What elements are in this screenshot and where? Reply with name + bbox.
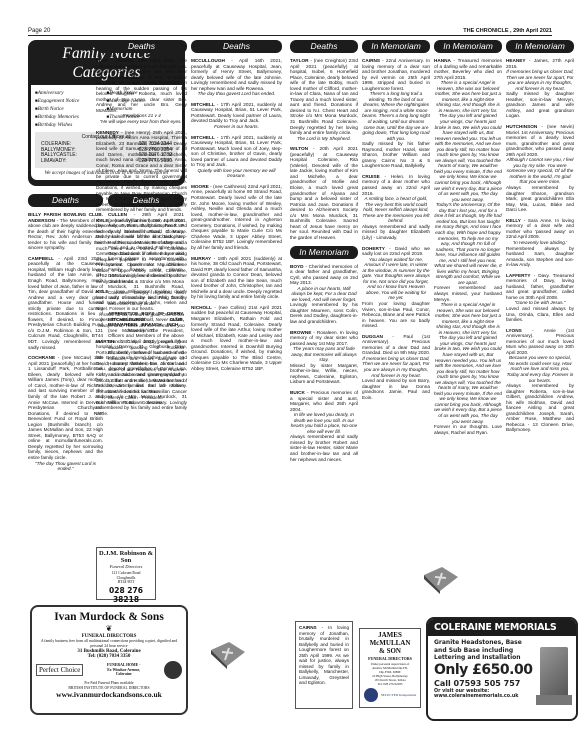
robinson-funeral-ad[interactable]: D.J.M. Robinson & Son Funeral Directors … — [96, 547, 156, 600]
memoriam-column-6: In MemoriamCAIRNS - 22nd Anniversary. In… — [362, 40, 430, 620]
notice-text: - 22nd Anniversary. In loving memory of … — [362, 58, 430, 91]
notice-verse: Forever in our hearts. — [191, 124, 282, 130]
notice-text: - (nee Caithness) 22nd April 2021, Anne,… — [191, 184, 282, 250]
notice-verse: The Lord is My Shepherd. — [290, 136, 358, 142]
coleraine-memorials-ad[interactable]: COLERAINE MEMORIALS Granite Headstones, … — [426, 617, 578, 721]
section-banner: Deaths — [28, 194, 103, 207]
deaths-column-1: DeathsBILLY PARISH BOWLING CLUB. ANDERSO… — [28, 194, 103, 604]
ad-name: Ivan Murdock & Sons — [34, 611, 184, 623]
notice-signoff: Always remembered by daughter Sharon, gr… — [506, 185, 574, 213]
notice: HANNA - Treasured memories of a darling … — [434, 58, 502, 435]
ad-name: JAMES McMULLAN — [362, 631, 418, 647]
notice-signoff: Lovingly remembered by his daughter Maur… — [290, 302, 358, 324]
notice: MITCHELL - 17th April 2021, suddenly at … — [191, 135, 282, 179]
page-number: Page 20 — [28, 28, 50, 34]
notice-name: NICHOLL — [191, 305, 212, 310]
notice-text: - 18th April 2021 (suddenly) at his home… — [191, 256, 282, 300]
notice: KENNEDY - (nee Henry) 25th April 2021, p… — [96, 130, 187, 213]
mcmullan-funeral-ad[interactable]: JAMES McMULLAN & SON FUNERAL DIRECTORS U… — [359, 628, 421, 708]
notice-name: HUTCHINSON — [506, 124, 537, 129]
notice: BILLY PARISH BOWLING CLUB. ANDERSON - Th… — [28, 212, 103, 251]
ad-line: Granite Headstones, Base — [434, 639, 570, 647]
section-banner: Deaths — [290, 40, 358, 53]
notice-name: WILTON — [290, 146, 308, 151]
crest-icon — [364, 688, 378, 702]
section-banner: In Memoriam — [506, 40, 574, 53]
notice-name: KYLE — [96, 218, 109, 223]
section-banner: In Memoriam — [290, 246, 358, 259]
notice: MOORE - (nee Caithness) 22nd April 2021,… — [191, 184, 282, 251]
section-banner: Deaths — [191, 40, 282, 53]
ad-sub: Funeral Directors — [99, 564, 153, 569]
notice-signoff: Missed by sister Margaret, brother-in-la… — [290, 363, 358, 385]
page-header: Page 20 THE CHRONICLE , 29th April 2021 — [28, 27, 552, 36]
section-banner: In Memoriam — [434, 40, 502, 53]
notice-name: LAFFERTY — [506, 273, 530, 278]
notice: BOYD - Cherished memories of a dear fath… — [290, 264, 358, 325]
notice: INCH - Roberta, 18th April 2021. The Off… — [96, 58, 187, 125]
crest-icon — [164, 661, 182, 679]
ad-title: COLERAINE MEMORIALS — [428, 619, 576, 636]
notice-name: DOHERTY — [362, 246, 385, 251]
selected-badge: SELECTED Independent — [381, 693, 417, 697]
ad-name: D.J.M. Robinson & Son — [99, 550, 153, 564]
notice-verse: The day thou gavest Lord has ended. — [191, 91, 282, 97]
notice-verse: In life we loved you dearly, In death we… — [290, 412, 358, 434]
notice-signoff: Always remembered and sadly missed by br… — [290, 434, 358, 462]
notice-text: - (nee Creighton) 23rd April 2021 (peace… — [290, 58, 358, 135]
notice-verse: 'In Heavenly love abiding.' — [506, 240, 574, 246]
notice-name: INCH — [96, 58, 107, 63]
notice: NICHOLL - (nee Collins) 21st April 2021 … — [191, 305, 282, 372]
notice-verse: A place in our hearts, Will always be ke… — [290, 286, 358, 303]
ad-addr: BT44 9DT — [99, 580, 153, 585]
ad-phone: 028 276 38218 — [99, 586, 153, 604]
perfect-choice-badge: Perfect Choice — [36, 664, 83, 676]
notice-signoff: Always remembered by daughter Roberta, s… — [506, 383, 574, 433]
section-banner: Deaths — [96, 40, 187, 53]
notice-name: KENNEDY — [96, 130, 119, 135]
notice-text: - (nee Williamson) 19th April 2021, peac… — [96, 218, 187, 284]
notice-verse: If memories bring us closer Dad, Then we… — [506, 69, 574, 91]
cairns-memoriam-box: CAIRNS - In loving memory of Jonathan, b… — [295, 621, 353, 709]
paper-title: THE CHRONICLE , 29th April 2021 — [463, 28, 552, 34]
notice: KELLY - Sara Anne. In loving memory of a… — [506, 218, 574, 268]
notice-verse: If memories bring us closer Dad, Then we… — [362, 356, 430, 378]
notice-signoff: Sadly missed by his father Raymond, moth… — [362, 141, 430, 169]
notice-signoff: Loved and missed by son Barry, daughter … — [362, 378, 430, 400]
notice-name: CAMPBELL — [28, 256, 54, 261]
bible-icon — [420, 565, 460, 595]
ornament-icon: ❦ — [34, 624, 184, 633]
notice-name: COCHRANE — [28, 355, 55, 360]
notice-text: - Roberta, 18th April 2021. The Officers… — [96, 58, 187, 113]
ad-web[interactable]: www.ivanmurdockandsons.co.uk — [34, 690, 184, 699]
notice-name: MITCHELL — [191, 135, 215, 140]
notice: LAFFERTY - Davy. Treasured memories of D… — [506, 273, 574, 323]
notice-text: - April 16th 2021, peacefully at Causewa… — [191, 58, 282, 91]
notice-name: KYLE — [96, 289, 109, 294]
notice-verse: There is a special Angel in Heaven, She … — [434, 302, 502, 424]
notice: CAIRNS - 22nd Anniversary. In loving mem… — [362, 58, 430, 169]
notice-signoff: Forever in our thoughts. Love always, Ra… — [434, 424, 502, 435]
memoriam-column-8: In MemoriamHEANEY - James, 27th April 20… — [506, 40, 574, 610]
notice-verse: Quietly with love your memory we will tr… — [191, 168, 282, 179]
notice-verse: There is a special Angel in Heaven, She … — [434, 80, 502, 202]
notice-verse: "He will wipe every tear from their eyes… — [96, 119, 187, 125]
deaths-column-5: DeathsTAYLOR - (nee Creighton) 23rd Apri… — [290, 40, 358, 615]
notice-text: - (nee Henry) 25th April 2021, peacefull… — [96, 130, 187, 213]
notice-verse: Although I cannot see you, I feel you by… — [506, 157, 574, 185]
section-banner: In Memoriam — [362, 40, 430, 53]
notice-signoff: Forever remembered and always missed, yo… — [434, 285, 502, 302]
notice-verse: The years may pass and fade away, But me… — [290, 346, 358, 363]
notice: BROWNE - Rosaleen. In loving memory of m… — [290, 330, 358, 385]
notice-name: BROWNE — [290, 330, 311, 335]
notice-verse: Today's the anniversary, Of the day that… — [434, 202, 502, 285]
notice-name: CAIRNS — [362, 58, 380, 63]
ad-name: & SON — [362, 647, 418, 655]
notice: COCHRANE - (nee McCaw) 19th April 2021 (… — [28, 355, 103, 471]
notice-name: HEANEY — [506, 58, 526, 63]
notice: MITCHELL - 17th April 2021, suddenly at … — [191, 102, 282, 130]
notice-text: - (nee Williamson) Evaline, dearly loved… — [96, 289, 187, 311]
memoriam-column-7: In MemoriamHANNA - Treasured memories of… — [434, 40, 502, 560]
notice: KYLE - (nee Williamson) Evaline, dearly … — [96, 289, 187, 333]
notice: KYLE - (nee Williamson) 19th April 2021,… — [96, 218, 187, 285]
office-name: LIMAVADY: — [41, 159, 67, 165]
ad-tel: Tel: (028) 7034 3350 — [34, 654, 184, 659]
notice-text: - (nee Collins) 21st April 2021 sudden b… — [191, 305, 282, 371]
notice-name: TAYLOR — [290, 58, 309, 63]
deaths-column-4: DeathsMCCULLOUGH - April 16th 2021, peac… — [191, 40, 282, 530]
notice-signoff: Always remembered and sadly missed by da… — [362, 224, 430, 241]
notice-text: - 17th April 2021, suddenly at Causeway … — [191, 135, 282, 168]
headstone-base-icon — [536, 695, 572, 705]
notice-name: MITCHELL — [191, 102, 215, 107]
notice-signoff: Sadly missed by daughter Heather, son-in… — [506, 91, 574, 119]
notice-verse: "The day Thou gavest Lord is ended." — [28, 461, 103, 472]
ad-home: Coleraine — [107, 672, 140, 677]
notice: WILTON - 20th April 2021 (peacefully) at… — [290, 146, 358, 240]
notice-name: MCCULLOUGH — [191, 58, 225, 63]
notice-text: - The Members of the above club are deep… — [28, 218, 103, 251]
notice-verse: You always waited for me, Anxious if I w… — [362, 257, 430, 301]
notice-text: - 20th April 2021 (peacefully) at Causew… — [290, 146, 358, 240]
notice-name: CRUISE — [362, 174, 380, 179]
notice-name: BUICK — [290, 390, 305, 395]
notice-verse: A smiling face, a heart of gold, The ver… — [362, 196, 430, 224]
notice: MURRAY - 18th April 2021 (suddenly) at h… — [191, 256, 282, 300]
notice: BUICK - Precious memories of a special s… — [290, 390, 358, 462]
notice-verse: Because you were so special, No words co… — [506, 355, 574, 383]
notice-signoff: Loved and missed always by Una, Orinda, … — [506, 306, 574, 323]
notice-name: DUGGAN — [362, 334, 383, 339]
bible-icon — [207, 640, 247, 670]
notice-name: MURRAY — [191, 256, 211, 261]
notice-text: - 15th April 2021 (peacefully) at hospit… — [96, 339, 187, 416]
notice-text: - April 23rd 2021, peacefully at the Cau… — [28, 256, 103, 350]
notice-verse: There's a long long trail a winding, To … — [362, 91, 430, 141]
murdock-funeral-ad[interactable]: Ivan Murdock & Sons ❦ FUNERAL DIRECTORS … — [30, 605, 188, 715]
notice: CRUISE - Helen. In loving memory of a de… — [362, 174, 430, 241]
notice-signoff: Remembered always by husband Sam, daught… — [506, 246, 574, 268]
headstone-icon — [540, 647, 568, 697]
notice: DUGGAN - Paul (1st Anniversary). Preciou… — [362, 334, 430, 401]
ad-line: Tel: 028 276 62285 — [362, 682, 418, 686]
notice-verse: A smile for all, a heart of gold, One of… — [96, 312, 187, 334]
notice-signoff: From your loving daughter Vivien, son-in… — [362, 301, 430, 329]
notice: CAMPBELL - April 23rd 2021, peacefully a… — [28, 256, 103, 350]
notice-name: KELLY — [506, 218, 521, 223]
notice: DOHERTY - David who we sadly lost on 22n… — [362, 246, 430, 329]
notice-text: - In loving memory of Jonathan, brutally… — [299, 625, 349, 685]
notice-text: - (nee Nevin) Muriel. 1st Anniversary. P… — [506, 124, 574, 157]
notice-name: MARTIN — [96, 339, 114, 344]
notice-name: LYONS — [506, 328, 522, 333]
notice-name: CAIRNS — [299, 625, 317, 630]
notice-name: HANNA — [434, 58, 451, 63]
notice-name: MOORE — [191, 184, 209, 189]
ad-sub: FUNERAL DIRECTORS — [362, 656, 418, 661]
notice: HEANEY - James, 27th April 2015.If memor… — [506, 58, 574, 119]
notice-name: BOYD — [290, 264, 304, 269]
notice: LYONS - Annie (1st Anniversary). Preciou… — [506, 328, 574, 433]
notice: MCCULLOUGH - April 16th 2021, peacefully… — [191, 58, 282, 97]
notice: TAYLOR - (nee Creighton) 23rd April 2021… — [290, 58, 358, 141]
notice-text: - (nee McCaw) 19th April 2021 (peacefull… — [28, 355, 103, 460]
ad-desc: A family business free from all multinat… — [34, 639, 184, 648]
notice: MARTIN - 15th April 2021 (peacefully) at… — [96, 339, 187, 417]
notice: HUTCHINSON - (nee Nevin) Muriel. 1st Ann… — [506, 124, 574, 213]
deaths-column-3: DeathsINCH - Roberta, 18th April 2021. T… — [96, 40, 187, 545]
